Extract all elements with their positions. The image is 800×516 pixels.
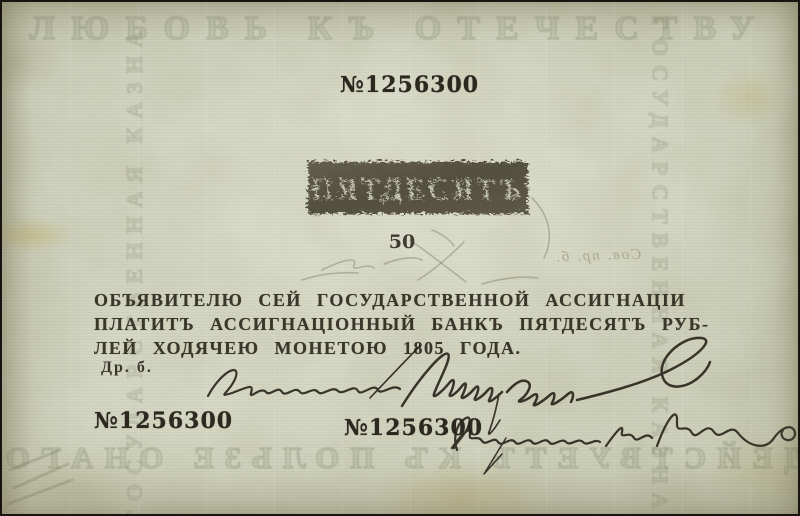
watermark-top-text: ЛЮБОВЬ КЪ ОТЕЧЕСТВУ: [30, 10, 771, 48]
series-mark: Др. б.: [101, 359, 153, 377]
signature-left: [208, 370, 400, 396]
denomination-numeral: 50: [372, 231, 432, 253]
watermark-right-text: ГОСУДАРСТВЕННАЯ КАЗНА: [646, 16, 672, 516]
watermark-left-text: ГОСУДАРСТВЕННАЯ КАЗНА: [122, 22, 148, 516]
signature-right: [452, 414, 795, 450]
obligation-line-2: ПЛАТИТЪ АССИГНАЦІОННЫЙ БАНКЪ ПЯТДЕСЯТЪ Р…: [94, 312, 710, 336]
denomination-stamp: ПЯТДЕСЯТЪ: [294, 150, 538, 224]
obligation-line-1: ОБЪЯВИТЕЛЮ СЕЙ ГОСУДАРСТВЕННОЙ АССИГНАЦІ…: [94, 288, 710, 312]
obligation-text-block: ОБЪЯВИТЕЛЮ СЕЙ ГОСУДАРСТВЕННОЙ АССИГНАЦІ…: [94, 288, 710, 360]
watermark-bottom-text: ДЕЙСТВУЕТЪ КЪ ПОЛЬЗЕ ОНАГО: [0, 440, 800, 476]
stamp-text: ПЯТДЕСЯТЪ: [310, 171, 522, 204]
obligation-line-3: ЛЕЙ ХОДЯЧЕЮ МОНЕТОЮ 1805 ГОДА.: [94, 336, 710, 360]
stamp-mottling: [306, 160, 526, 212]
banknote-scan: ЛЮБОВЬ КЪ ОТЕЧЕСТВУ ДЕЙСТВУЕТЪ КЪ ПОЛЬЗЕ…: [0, 0, 800, 516]
serial-number-bottom-center: №1256300: [344, 415, 483, 441]
show-through-office-mark: Сов. пр. б.: [554, 246, 642, 266]
stamp-background: [306, 160, 526, 212]
serial-number-top: №1256300: [340, 72, 479, 98]
serial-number-bottom-left: №1256300: [94, 408, 233, 434]
